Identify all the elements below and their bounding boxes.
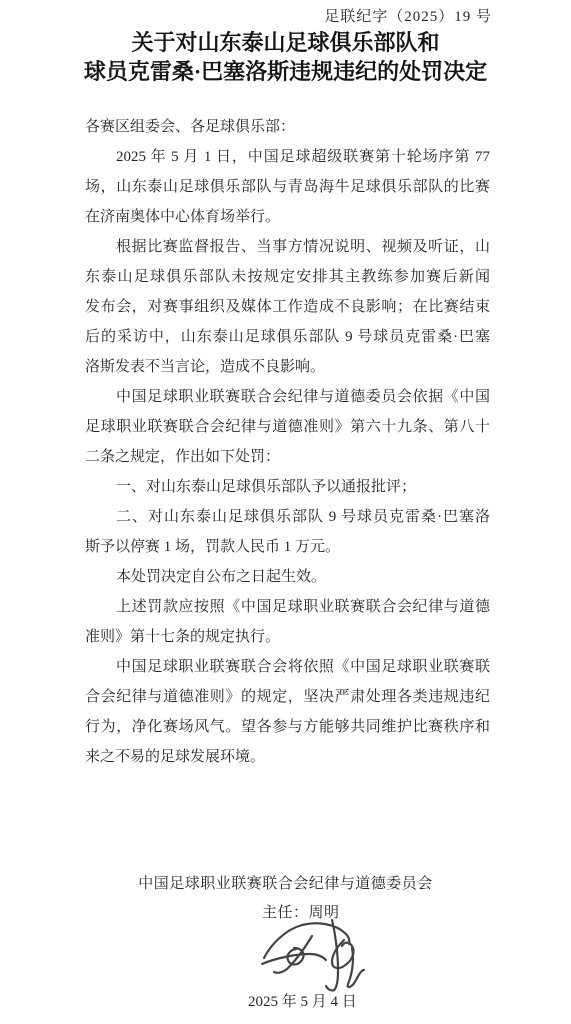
document-date: 2025 年 5 月 4 日 — [248, 990, 357, 1011]
body-line: 发布会，对赛事组织及媒体工作造成不良影响；在比赛结束 — [85, 292, 490, 322]
body-line: 后的采访中，山东泰山足球俱乐部队 9 号球员克雷桑·巴塞 — [85, 322, 490, 352]
body-line: 二条之规定，作出如下处罚： — [85, 442, 490, 472]
doc-reference-number: 足联纪字（2025）19 号 — [324, 5, 492, 26]
body-line: 中国足球职业联赛联合会纪律与道德委员会依据《中国 — [85, 382, 490, 412]
body-line: 斯予以停赛 1 场，罚款人民币 1 万元。 — [85, 532, 490, 562]
body-line: 2025 年 5 月 1 日，中国足球超级联赛第十轮场序第 77 — [85, 142, 490, 172]
title-line-2: 球员克雷桑·巴塞洛斯违规违纪的处罚决定 — [0, 57, 571, 86]
body-line: 根据比赛监督报告、当事方情况说明、视频及听证，山 — [85, 232, 490, 262]
body-line: 中国足球职业联赛联合会将依照《中国足球职业联赛联 — [85, 652, 490, 682]
handwritten-signature — [256, 914, 372, 996]
document-body: 各赛区组委会、各足球俱乐部： 2025 年 5 月 1 日，中国足球超级联赛第十… — [85, 112, 490, 772]
body-line: 一、对山东泰山足球俱乐部队予以通报批评； — [85, 472, 490, 502]
document-page: 足联纪字（2025）19 号 关于对山东泰山足球俱乐部队和 球员克雷桑·巴塞洛斯… — [0, 0, 571, 1024]
body-line: 二、对山东泰山足球俱乐部队 9 号球员克雷桑·巴塞洛 — [85, 502, 490, 532]
body-line: 东泰山足球俱乐部队未按规定安排其主教练参加赛后新闻 — [85, 262, 490, 292]
body-line: 足球职业联赛联合会纪律与道德准则》第六十九条、第八十 — [85, 412, 490, 442]
document-title: 关于对山东泰山足球俱乐部队和 球员克雷桑·巴塞洛斯违规违纪的处罚决定 — [0, 28, 571, 86]
body-line: 上述罚款应按照《中国足球职业联赛联合会纪律与道德 — [85, 592, 490, 622]
salutation: 各赛区组委会、各足球俱乐部： — [85, 112, 490, 142]
body-line: 合会纪律与道德准则》的规定，坚决严肃处理各类违规违纪 — [85, 682, 490, 712]
body-line: 行为，净化赛场风气。望各参与方能够共同维护比赛秩序和 — [85, 712, 490, 742]
body-line: 场，山东泰山足球俱乐部队与青岛海牛足球俱乐部队的比赛 — [85, 172, 490, 202]
body-line: 本处罚决定自公布之日起生效。 — [85, 562, 490, 592]
issuing-organization: 中国足球职业联赛联合会纪律与道德委员会 — [0, 872, 571, 893]
body-line: 在济南奥体中心体育场举行。 — [85, 202, 490, 232]
body-line: 准则》第十七条的规定执行。 — [85, 622, 490, 652]
body-line: 洛斯发表不当言论，造成不良影响。 — [85, 352, 490, 382]
body-line: 来之不易的足球发展环境。 — [85, 742, 490, 772]
title-line-1: 关于对山东泰山足球俱乐部队和 — [0, 28, 571, 57]
